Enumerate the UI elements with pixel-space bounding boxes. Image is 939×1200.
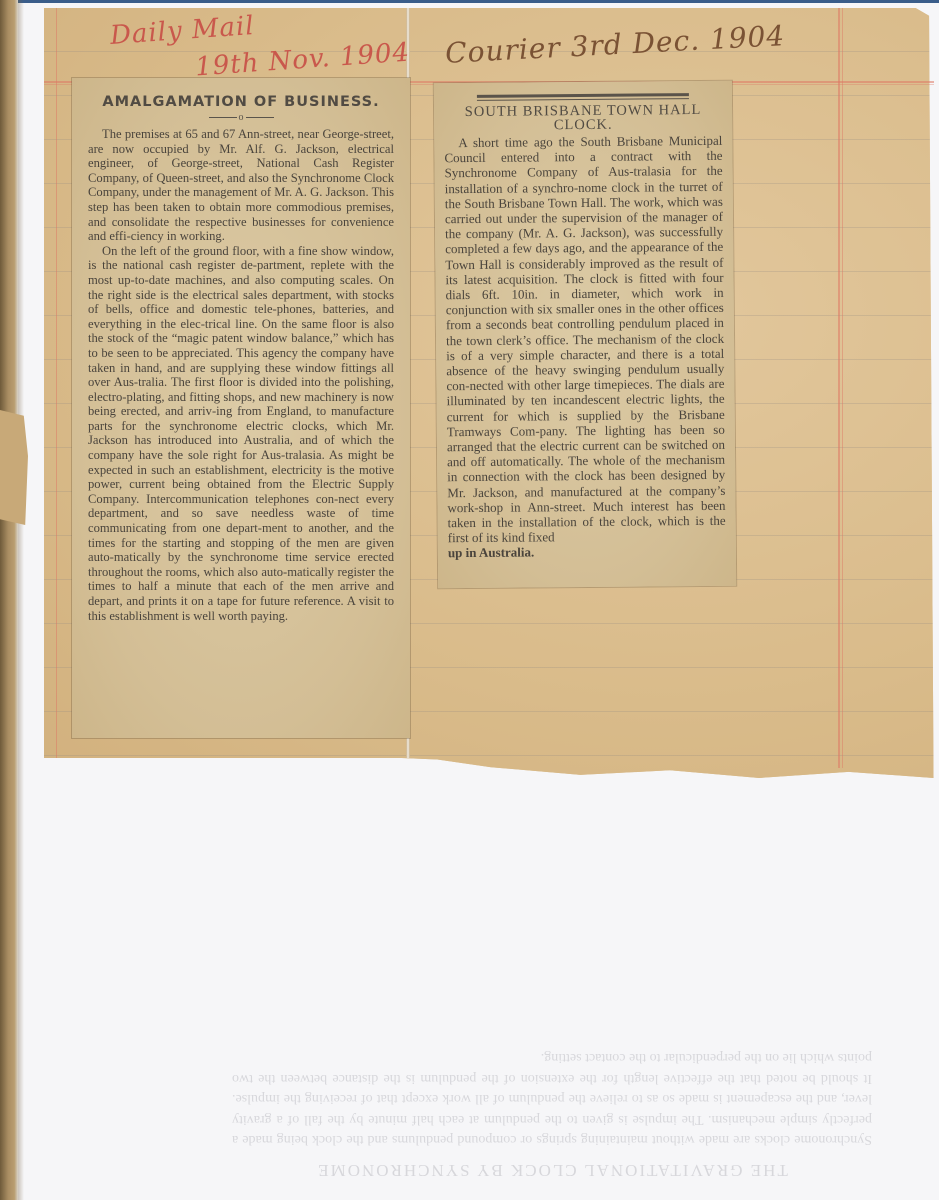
article-body: A short time ago the South Brisbane Muni… xyxy=(444,133,726,561)
article-headline: AMALGAMATION OF BUSINESS. xyxy=(88,94,394,110)
ledger-red-rule-left xyxy=(56,8,57,758)
clipping-south-brisbane-town-hall-clock: SOUTH BRISBANE TOWN HALL CLOCK. A short … xyxy=(434,81,736,589)
article-paragraph: The premises at 65 and 67 Ann-street, ne… xyxy=(88,127,394,244)
headline-divider: o xyxy=(88,112,394,123)
ledger-red-rule-right xyxy=(838,8,840,768)
article-paragraph: A short time ago the South Brisbane Muni… xyxy=(444,133,726,546)
binding-shadow xyxy=(18,0,24,1200)
article-headline: SOUTH BRISBANE TOWN HALL CLOCK. xyxy=(444,103,722,133)
torn-paper-scrap xyxy=(0,410,28,525)
ledger-red-rule-right-2 xyxy=(842,8,843,768)
bleed-through-title: THE GRAVITATIONAL CLOCK BY SYNCHRONOME xyxy=(232,1160,872,1181)
article-body: The premises at 65 and 67 Ann-street, ne… xyxy=(88,127,394,623)
article-closing-line: up in Australia. xyxy=(448,543,726,561)
album-binding xyxy=(0,0,18,1200)
article-paragraph: On the left of the ground floor, with a … xyxy=(88,244,394,623)
bleed-through-text: THE GRAVITATIONAL CLOCK BY SYNCHRONOME S… xyxy=(232,760,872,1180)
bleed-through-body: Synchronome clocks are made without main… xyxy=(232,1047,872,1150)
headline-double-rule xyxy=(477,93,689,101)
clipping-amalgamation-of-business: AMALGAMATION OF BUSINESS. o The premises… xyxy=(72,78,410,738)
scan-top-edge xyxy=(0,0,939,3)
